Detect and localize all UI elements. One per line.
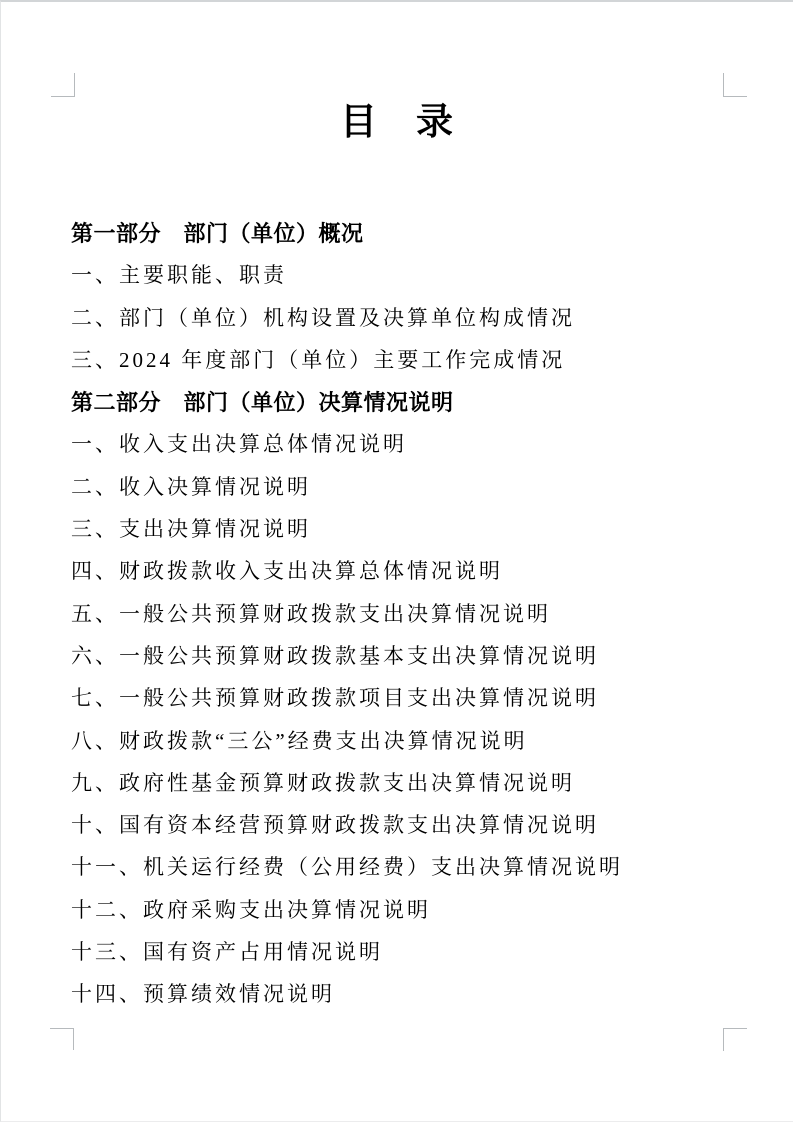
toc-item: 十、国有资本经营预算财政拨款支出决算情况说明 (71, 814, 761, 836)
document-title: 目 录 (1, 102, 793, 143)
crop-mark-bottom-left (50, 1028, 74, 1050)
toc-item: 七、一般公共预算财政拨款项目支出决算情况说明 (71, 687, 761, 709)
document-page: 目 录 第一部分 部门（单位）概况 一、主要职能、职责 二、部门（单位）机构设置… (0, 0, 793, 1122)
toc-item: 四、财政拨款收入支出决算总体情况说明 (71, 560, 761, 582)
toc-item: 二、收入决算情况说明 (71, 476, 761, 498)
crop-mark-bottom-right (723, 1028, 747, 1051)
toc-item: 一、收入支出决算总体情况说明 (71, 433, 761, 455)
toc-item: 三、支出决算情况说明 (71, 518, 761, 540)
toc-item: 三、2024 年度部门（单位）主要工作完成情况 (71, 349, 761, 371)
toc-part-heading: 第二部分 部门（单位）决算情况说明 (71, 391, 761, 414)
toc-item: 六、一般公共预算财政拨款基本支出决算情况说明 (71, 645, 761, 667)
toc-item: 十一、机关运行经费（公用经费）支出决算情况说明 (71, 856, 761, 878)
toc-item: 十二、政府采购支出决算情况说明 (71, 899, 761, 921)
table-of-contents: 第一部分 部门（单位）概况 一、主要职能、职责 二、部门（单位）机构设置及决算单… (71, 222, 761, 1026)
toc-item: 二、部门（单位）机构设置及决算单位构成情况 (71, 307, 761, 329)
crop-mark-top-left (51, 73, 75, 97)
crop-mark-top-right (723, 73, 747, 97)
toc-item: 五、一般公共预算财政拨款支出决算情况说明 (71, 603, 761, 625)
toc-item: 八、财政拨款“三公”经费支出决算情况说明 (71, 730, 761, 752)
toc-item: 十三、国有资产占用情况说明 (71, 941, 761, 963)
toc-part-heading: 第一部分 部门（单位）概况 (71, 222, 761, 245)
toc-item: 一、主要职能、职责 (71, 264, 761, 286)
toc-item: 十四、预算绩效情况说明 (71, 983, 761, 1005)
toc-item: 九、政府性基金预算财政拨款支出决算情况说明 (71, 772, 761, 794)
